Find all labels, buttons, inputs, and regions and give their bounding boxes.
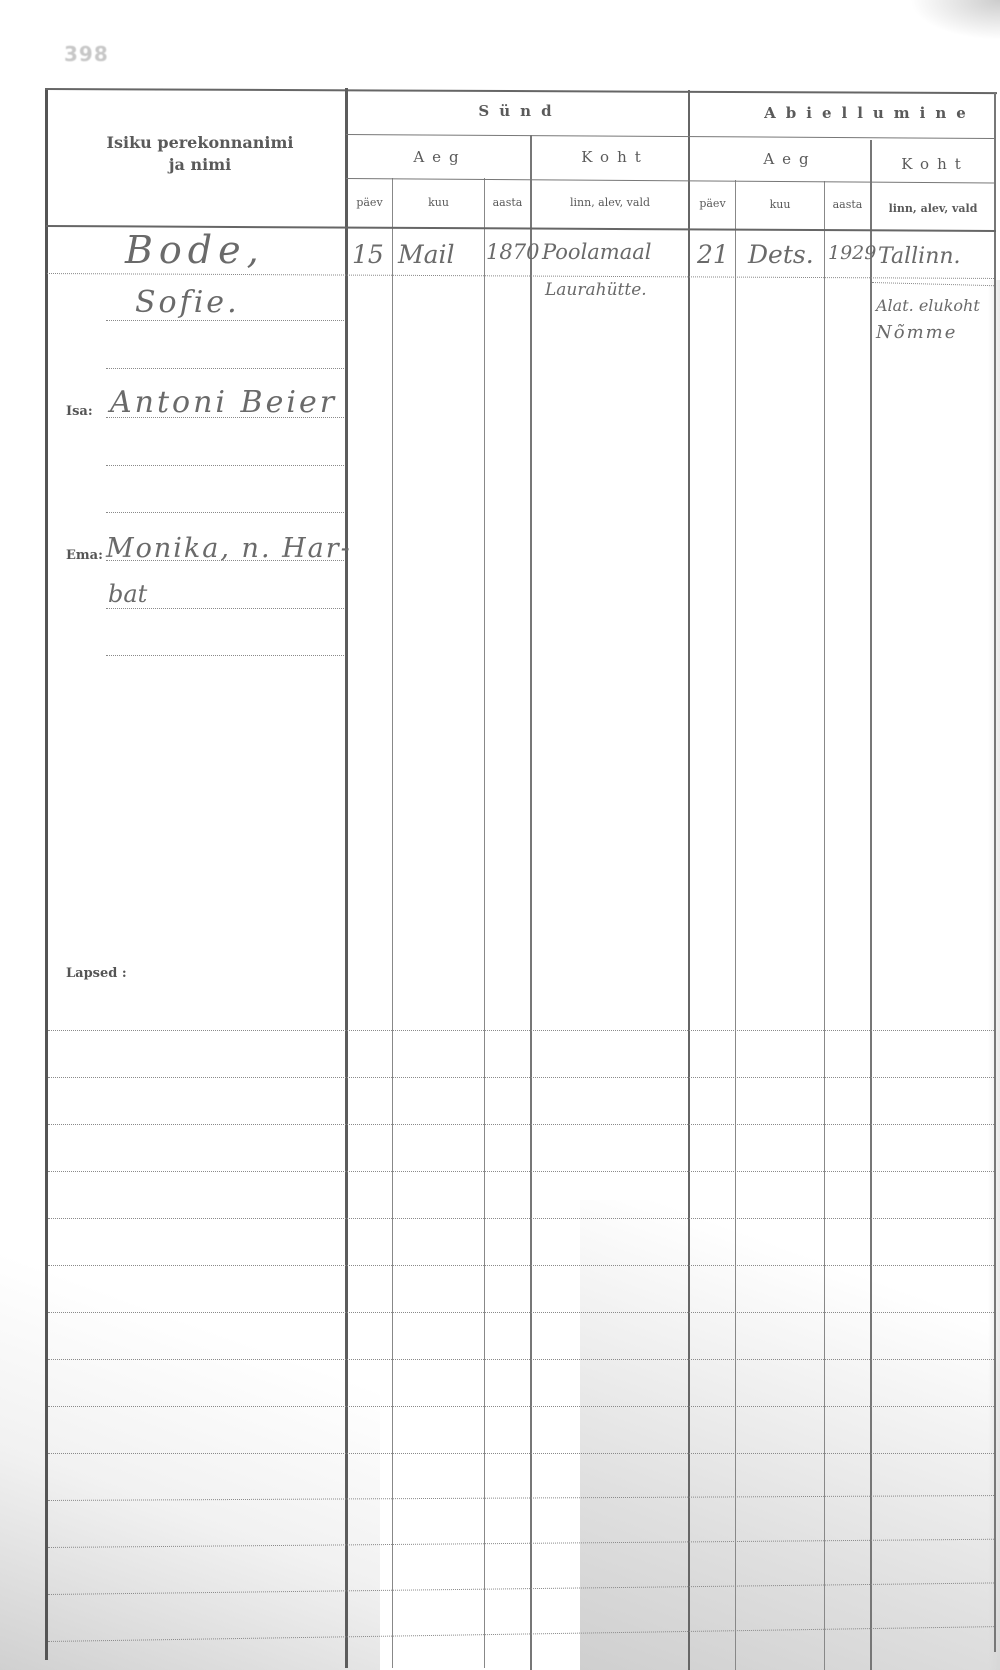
children-row-line (48, 1495, 994, 1501)
paper-shadow (580, 1200, 1000, 1670)
col-sep-marr-day (735, 180, 736, 1670)
col-sep-name (345, 88, 348, 1668)
children-row-line (48, 1312, 994, 1313)
birth-year-header: aasta (485, 196, 530, 209)
children-row-line (48, 1124, 994, 1125)
marriage-time-header: Aeg (730, 150, 850, 168)
name-header-line2: ja nimi (60, 154, 340, 176)
children-row-line (48, 1359, 994, 1360)
paper-shadow (0, 1250, 380, 1670)
father-value: Antoni Beier (110, 385, 337, 420)
right-border (994, 92, 996, 1652)
paper-shadow (910, 0, 1000, 40)
name-line (106, 320, 344, 321)
children-row-line (48, 1406, 994, 1407)
marriage-year-header: aasta (825, 198, 870, 211)
marriage-month-value: Dets. (748, 240, 814, 269)
col-sep-birth-year (530, 135, 532, 1670)
marriage-place-sub-header: linn, alev, vald (872, 202, 994, 215)
father-line (106, 465, 344, 466)
birth-place-value-line2: Laurahütte. (545, 280, 647, 300)
birth-year-value: 1870 (486, 240, 539, 264)
birth-day-value: 15 (352, 240, 384, 269)
marriage-place-line (872, 282, 994, 286)
children-row-line (48, 1171, 994, 1172)
marriage-place-header: Koht (880, 155, 990, 173)
children-row-line (48, 1218, 994, 1219)
col-sep-marr-month (824, 181, 825, 1670)
top-border (45, 88, 997, 94)
mother-value-line2: bat (108, 580, 147, 608)
father-line (106, 512, 344, 513)
children-row-line (48, 1265, 994, 1266)
children-row-line (48, 1030, 994, 1031)
marriage-day-value: 21 (697, 240, 729, 269)
marriage-day-header: päev (690, 197, 735, 210)
birth-month-value: Mail (398, 240, 455, 269)
marriage-month-header: kuu (736, 198, 824, 211)
name-header-line1: Isiku perekonnanimi (60, 132, 340, 154)
birth-place-value-line1: Poolamaal (542, 240, 651, 264)
page-number-stamp: 398 (64, 42, 109, 66)
birth-place-header: Koht (545, 148, 685, 166)
father-label: Isa: (66, 404, 93, 419)
mother-line (106, 655, 344, 656)
birth-group-header: Sünd (440, 102, 600, 120)
col-sep-marr-year (870, 140, 872, 1670)
name-column-header: Isiku perekonnanimi ja nimi (60, 132, 340, 176)
mother-line (106, 608, 344, 609)
marriage-year-value: 1929 (828, 242, 876, 264)
children-row-line (48, 1626, 994, 1642)
birth-month-header: kuu (393, 196, 484, 209)
children-row-line (48, 1453, 994, 1454)
mother-value-line1: Monika, n. Har- (106, 533, 352, 564)
children-label: Lapsed : (66, 966, 127, 981)
children-row-line (48, 1582, 994, 1595)
marriage-place-value-line2: Alat. elukoht (876, 296, 980, 315)
first-name-value: Sofie. (135, 285, 240, 320)
name-line (106, 368, 344, 369)
marriage-place-value-line1: Tallinn. (878, 244, 961, 269)
surname-value: Bode, (125, 228, 265, 272)
col-sep-birth-place (688, 90, 690, 1670)
header-line-aeg (346, 178, 994, 184)
left-border (45, 88, 48, 1660)
mother-label: Ema: (66, 548, 103, 563)
birth-place-sub-header: linn, alev, vald (532, 196, 688, 209)
birth-time-header: Aeg (380, 148, 500, 166)
marriage-place-value-line3: Nõmme (876, 322, 957, 343)
row-line (47, 273, 994, 279)
birth-day-header: päev (347, 196, 392, 209)
header-line-group (346, 134, 994, 139)
children-row-line (48, 1539, 994, 1548)
col-sep-birth-month (484, 178, 485, 1668)
col-sep-birth-day (392, 178, 393, 1668)
children-row-line (48, 1077, 994, 1078)
marriage-group-header: Abiellumine (745, 104, 995, 122)
